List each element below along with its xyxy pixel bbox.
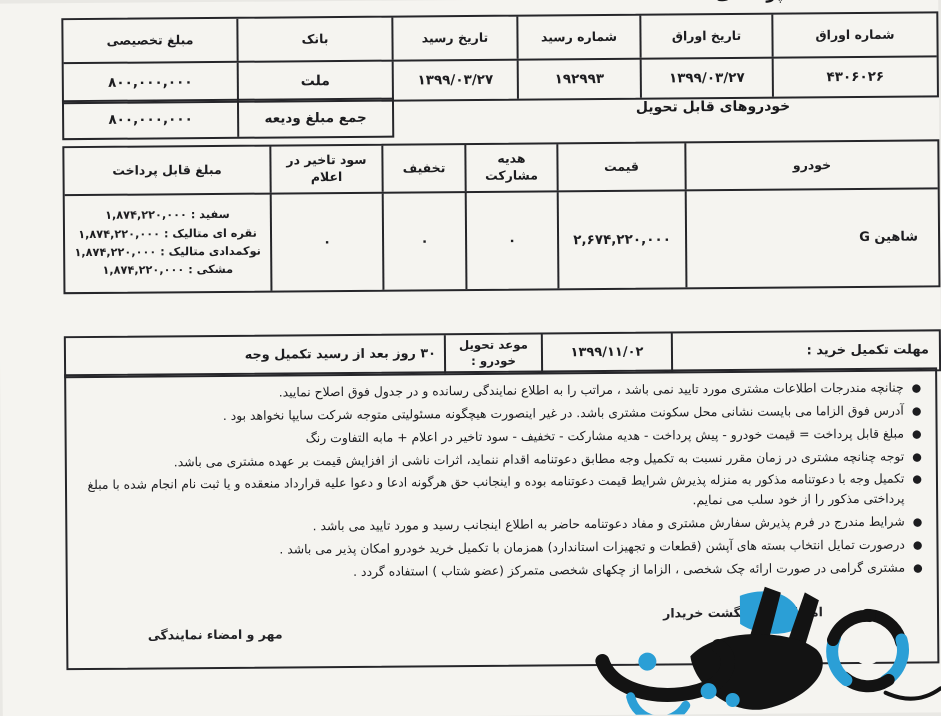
term-item-1: ●چنانچه مندرجات اطلاعات مشتری مورد تایید… <box>76 377 921 403</box>
term-item-4: ●توجه چنانچه مشتری در زمان مقرر نسبت به … <box>77 446 922 472</box>
header-receipt-number: شماره رسید <box>516 16 639 59</box>
bullet-icon: ● <box>912 379 922 397</box>
term-text: توجه چنانچه مشتری در زمان مقرر نسبت به ت… <box>174 446 905 472</box>
scanned-document: اطلاعات پرداختی شماره اوراق تاریخ اوراق … <box>0 0 941 716</box>
bullet-icon: ● <box>912 425 922 443</box>
delivery-date-label: موعد تحویل خودرو : <box>444 334 541 373</box>
payable-gray-metallic: نوکمدادی متالیک : ۱,۸۷۴,۲۲۰,۰۰۰ <box>74 244 261 262</box>
header-discount: تخفیف <box>381 145 464 192</box>
logo-smile-arc <box>886 688 941 699</box>
cell-car-name: شاهین G <box>685 189 939 287</box>
payable-white: سفید : ۱,۸۷۴,۲۲۰,۰۰۰ <box>74 207 261 225</box>
buyer-signature-label: امضاء و اثر انگشت خریدار <box>628 604 858 621</box>
deliverable-cars-section-title: خودروهای قابل تحویل <box>598 98 828 116</box>
header-payable-amount: مبلغ قابل پرداخت <box>64 147 269 195</box>
clipped-page-title-text: اطلاعات پرداختی <box>657 0 917 5</box>
term-item-3: ●مبلغ قابل پرداخت = قیمت خودرو - پیش پرد… <box>77 423 922 449</box>
term-item-7: ●درصورت تمایل انتخاب بسته های آپشن (قطعا… <box>77 534 922 560</box>
header-document-number: شماره اوراق <box>771 13 936 56</box>
payable-amount-by-color: سفید : ۱,۸۷۴,۲۲۰,۰۰۰ نقره ای متالیک : ۱,… <box>74 207 261 280</box>
payment-info-table: شماره اوراق تاریخ اوراق شماره رسید تاریخ… <box>61 11 939 104</box>
purchase-deadline-value: ۱۳۹۹/۱۱/۰۲ <box>541 333 671 372</box>
deliverable-cars-header-row: خودرو قیمت هدیه مشارکت تخفیف سود تاخیر د… <box>64 141 937 196</box>
cell-payable-amount: سفید : ۱,۸۷۴,۲۲۰,۰۰۰ نقره ای متالیک : ۱,… <box>65 195 271 293</box>
term-item-2: ●آدرس فوق الزاما می بایست نشانی محل سکون… <box>76 400 921 426</box>
term-item-8: ●مشتری گرامی در صورت ارائه چک شخصی ، الز… <box>78 557 923 583</box>
value-bank: ملت <box>237 62 392 101</box>
term-text: مبلغ قابل پرداخت = قیمت خودرو - پیش پردا… <box>306 423 904 448</box>
header-bank: بانک <box>236 18 391 61</box>
deposit-total-label: جمع مبلغ ودیعه <box>237 100 392 137</box>
term-item-6: ●شرایط مندرج در فرم پذیرش سفارش مشتری و … <box>77 512 922 538</box>
cell-participation-gift: ۰ <box>465 192 558 289</box>
deposit-total-table: جمع مبلغ ودیعه ۸۰۰,۰۰۰,۰۰۰ <box>62 98 394 141</box>
bullet-icon: ● <box>912 402 922 420</box>
value-receipt-date: ۱۳۹۹/۰۳/۲۷ <box>392 61 517 100</box>
header-participation-gift: هدیه مشارکت <box>464 144 556 191</box>
term-text: آدرس فوق الزاما می بایست نشانی محل سکونت… <box>223 400 904 425</box>
clipped-page-title: اطلاعات پرداختی <box>657 0 917 8</box>
deliverable-car-row: شاهین G ۲,۶۷۴,۲۲۰,۰۰۰ ۰ ۰ ۰ سفید : ۱,۸۷۴… <box>65 189 939 292</box>
logo-blue-arc <box>631 696 686 715</box>
value-document-date: ۱۳۹۹/۰۳/۲۷ <box>640 59 772 98</box>
purchase-deadline-label: مهلت تکمیل خرید : <box>671 331 939 371</box>
value-document-number: ۴۳۰۶۰۲۶ <box>772 57 937 96</box>
bullet-icon: ● <box>912 471 922 489</box>
header-receipt-date: تاریخ رسید <box>391 17 516 60</box>
header-allocated-amount: مبلغ تخصیصی <box>63 19 236 62</box>
term-text: شرایط مندرج در فرم پذیرش سفارش مشتری و م… <box>313 512 905 536</box>
bullet-icon: ● <box>913 536 923 554</box>
header-car: خودرو <box>684 141 937 189</box>
bullet-icon: ● <box>913 559 923 577</box>
value-receipt-number: ۱۹۲۹۹۳ <box>517 60 640 99</box>
delivery-date-value: ۳۰ روز بعد از رسید تکمیل وجه <box>66 335 444 376</box>
value-allocated-amount: ۸۰۰,۰۰۰,۰۰۰ <box>64 63 237 102</box>
bullet-icon: ● <box>913 514 923 532</box>
logo-blue-dot-2 <box>701 683 717 699</box>
dealer-signature-label: مهر و امضاء نمایندگی <box>110 626 320 643</box>
payment-info-value-row: ۴۳۰۶۰۲۶ ۱۳۹۹/۰۳/۲۷ ۱۹۲۹۹۳ ۱۳۹۹/۰۳/۲۷ ملت… <box>64 57 937 102</box>
cell-delay-interest: ۰ <box>270 194 383 291</box>
payment-info-header-row: شماره اوراق تاریخ اوراق شماره رسید تاریخ… <box>63 13 936 64</box>
deposit-total-value: ۸۰۰,۰۰۰,۰۰۰ <box>64 101 237 138</box>
header-document-date: تاریخ اوراق <box>639 15 771 58</box>
payable-black: مشکی : ۱,۸۷۴,۲۲۰,۰۰۰ <box>75 262 262 280</box>
deliverable-cars-table: خودرو قیمت هدیه مشارکت تخفیف سود تاخیر د… <box>62 139 940 294</box>
term-text: چنانچه مندرجات اطلاعات مشتری مورد تایید … <box>279 378 904 403</box>
header-delay-interest: سود تاخیر در اعلام <box>269 146 381 193</box>
cell-discount: ۰ <box>382 193 466 290</box>
term-text: مشتری گرامی در صورت ارائه چک شخصی ، الزا… <box>353 557 905 581</box>
payable-silver-metallic: نقره ای متالیک : ۱,۸۷۴,۲۲۰,۰۰۰ <box>74 225 261 243</box>
terms-box: ●چنانچه مندرجات اطلاعات مشتری مورد تایید… <box>64 367 939 670</box>
header-price: قیمت <box>556 143 684 190</box>
bullet-icon: ● <box>912 448 922 466</box>
term-text: درصورت تمایل انتخاب بسته های آپشن (قطعات… <box>279 535 905 560</box>
term-item-5: ●تکمیل وجه با دعوتنامه مذکور به منزله پذ… <box>77 469 922 515</box>
cell-price: ۲,۶۷۴,۲۲۰,۰۰۰ <box>557 191 686 288</box>
term-text: تکمیل وجه با دعوتنامه مذکور به منزله پذی… <box>77 469 905 515</box>
logo-blue-dot-3 <box>726 693 740 707</box>
